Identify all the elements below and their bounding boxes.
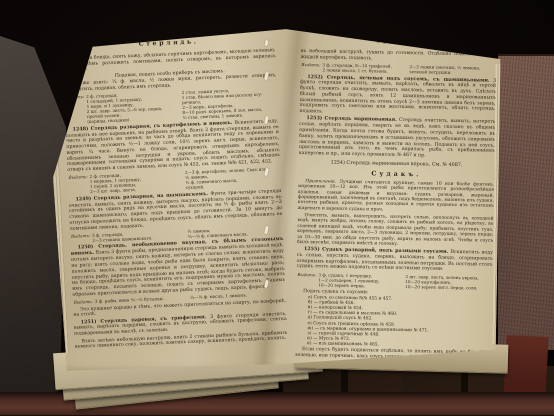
- recipe-text: Взять 3 фунта рыбы, предназначенную стер…: [71, 243, 285, 297]
- left-page: 412 Стерлядь. стерлядь на блюдо, снять к…: [62, 35, 289, 378]
- note-paragraph: Примѣчаніе. Лучшими считаются крупные, с…: [298, 179, 495, 215]
- ingredient-column: 3 ф. рыбы, вина ¼—½ бутылки,: [95, 295, 191, 304]
- left-page-fore-edge: [46, 86, 69, 354]
- ingredient-list: Выдать: 3 ф. судака, 1 петрушку, 1—2 сел…: [297, 272, 492, 291]
- ingredient-column: ½ лимона, ¼—⅛ ф. сливочнаго масла.: [187, 225, 283, 239]
- ingredient-column: 3 ф. стерляди, 2—3 стакана шампанскаго.: [92, 229, 188, 243]
- left-running-head: 412 Стерлядь.: [64, 35, 273, 51]
- spacer: [255, 40, 273, 41]
- left-page-number: 412: [64, 43, 82, 51]
- recipe: 1248) Стерлядь разварная, съ картофелемъ…: [66, 119, 281, 174]
- sauce-list: а) Соусъ со сметаною №№ 455 и 457. б) — …: [307, 295, 492, 349]
- paragraph: Очистить, вымыть, выпотрошить, натереть …: [297, 213, 494, 249]
- left-running-title: Стерлядь.: [139, 38, 199, 47]
- right-page-fore-edge: [493, 64, 506, 344]
- paragraph: Взять затѣмъ небольшую каструлю, влить 2…: [74, 330, 287, 350]
- ingredient-list: Выдать: 3 ф. рыбы, вина ¼—½ бутылки, ¼—⅛…: [74, 291, 286, 305]
- recipe-text: Фунта три-четыре стерляди очистить, вымы…: [69, 189, 283, 232]
- paragraph: въ небольшой каструлѣ, тушить до готовно…: [301, 49, 497, 64]
- recipe: 1249) Стерлядь разварная, на шампанскомъ…: [68, 189, 282, 232]
- right-running-title: Судакъ.: [376, 37, 423, 45]
- right-page-number: 413: [477, 39, 495, 46]
- paragraph: Это кушанье хорошо и тѣмъ, что можетъ пр…: [73, 298, 286, 318]
- recipe-text: 3 фунта стерляди очистить, вымыть, нарѣз…: [74, 311, 287, 337]
- ingredient-label: Выдать:: [65, 94, 87, 125]
- open-book: 412 Стерлядь. стерлядь на блюдо, снять к…: [46, 22, 512, 404]
- book-pages: 412 Стерлядь. стерлядь на блюдо, снять к…: [46, 22, 512, 376]
- ingredient-column: 2 ф. стерляди, 1 морковь, 1 петрушку, 1 …: [89, 170, 185, 194]
- photo-scene: 412 Стерлядь. стерлядь на блюдо, снять к…: [0, 0, 554, 416]
- ingredient-column: 2 стол. ложки уксуса, 1 стак. бѣлаго вин…: [182, 86, 279, 120]
- ingredient-column: 2 ф. стерляди, 1 сельдерей, 1 петрушку, …: [86, 90, 183, 124]
- ingredient-column: 3 ф. судака, 1 петрушку, 1—2 сельдерея, …: [318, 272, 405, 289]
- recipe-heading: 1250) Стерлядь, необыкновенно вкусная, с…: [71, 236, 284, 257]
- recipe: 1250) Стерлядь, необыкновенно вкусная, с…: [70, 237, 285, 298]
- ingredient-column: 2—3 ложки сметаны, ½ лимона, зеленой пет…: [409, 64, 496, 76]
- paragraph: Или-же взять: ¼ ф. масла, ½ ложки муки, …: [64, 73, 277, 93]
- recipe-text: 3 фунта стерляди очистить, вымыть, нарѣз…: [300, 78, 497, 114]
- ingredient-column: ¼—⅛ ф. масла, 1 лимонъ.: [190, 291, 286, 300]
- recipe-text: Вскипятить воду съ солью, опустить судак…: [297, 250, 493, 272]
- recipe-reference: 1254) Стерлядь маринованная впрокъ. См. …: [299, 159, 495, 169]
- ingredient-label: Выдать:: [71, 233, 92, 244]
- recipe-heading: 1255) Судакъ разварной, подъ разными соу…: [304, 246, 448, 255]
- right-running-head: Судакъ. 413: [303, 36, 495, 47]
- recipe: 1252) Стерлядь, печеная подъ соусомъ, съ…: [299, 75, 496, 119]
- recipe-heading: 1253) Стерлядь маринованная.: [306, 116, 397, 124]
- recipe-text: Стерлядь очистить, вымыть, натереть соль…: [299, 118, 496, 158]
- ingredient-list: Выдать: 3 ф. стерляди, 8—10 трюфелей, 2 …: [301, 62, 496, 76]
- recipe-heading: 1248) Стерлядь разварная, съ картофелемъ…: [72, 120, 232, 133]
- section-heading: Судакъ.: [298, 169, 494, 180]
- ingredient-list: Выдать: 2 ф. стерляди, 1 сельдерей, 1 пе…: [65, 86, 278, 125]
- recipe-heading: 1252) Стерлядь, печеная подъ соусомъ, съ…: [307, 74, 489, 83]
- recipe-heading: 1249) Стерлядь разварная, на шампанскомъ…: [75, 191, 208, 203]
- ingredient-column: 3 ф. стерляди, 8—10 трюфелей, 2 ложки ма…: [322, 62, 409, 74]
- ingredient-label: Выдать:: [297, 272, 318, 287]
- ingredient-list: Выдать: 3 ф. стерляди, 2—3 стакана шампа…: [71, 225, 283, 244]
- ingredient-label: Выдать:: [301, 62, 322, 72]
- sauce-intro: Подать судака съ соусами:: [296, 289, 492, 298]
- recipe: 1251) Стерлядь паровая, съ трюфелями. 3 …: [74, 311, 288, 337]
- note-lead: Примѣчаніе.: [305, 179, 336, 185]
- ingredient-label: Выдать:: [74, 299, 95, 305]
- recipe-text: Вскипятить воду, положить въ нее коренье…: [66, 119, 280, 173]
- paragraph: стерлядь на блюдо, снять кожу, обсыпать …: [63, 48, 277, 74]
- recipe: 1255) Судакъ разварной, подъ разными соу…: [297, 247, 493, 274]
- centered-line: Подавая, подать особо приборъ съ масломъ…: [63, 67, 276, 81]
- ingredient-label: Выдать:: [69, 174, 91, 195]
- ingredient-column: 2 шт. лавр. листа, зелень укропа, 10—20 …: [405, 274, 492, 291]
- recipe-heading: 1251) Стерлядь паровая, съ трюфелями.: [81, 314, 207, 325]
- right-page: Судакъ. 413 въ небольшой каструлѣ, тушит…: [294, 36, 496, 380]
- ingredient-list: Выдать: 2 ф. стерляди, 1 морковь, 1 петр…: [69, 166, 282, 195]
- recipe: 1253) Стерлядь маринованная. Стерлядь оч…: [299, 116, 496, 160]
- note-text: Лучшими считаются крупные, самые 10 или …: [298, 180, 495, 213]
